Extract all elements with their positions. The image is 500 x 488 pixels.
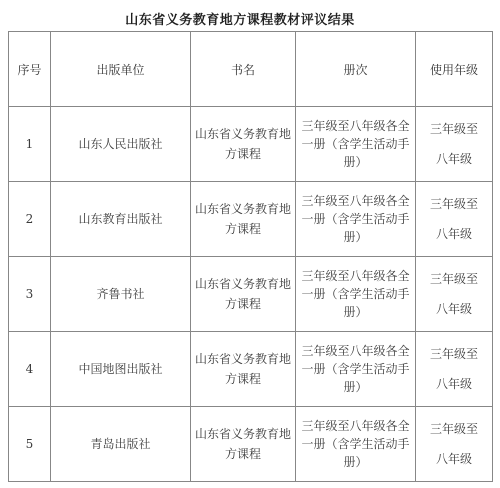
cell-serial: 1 (9, 107, 51, 182)
table-row: 1 山东人民出版社 山东省义务教育地 方课程 三年级至八年级各全 一册（含学生活… (9, 107, 493, 182)
cell-grade: 三年级至 八年级 (416, 332, 493, 407)
document-page: 山东省义务教育地方课程教材评议结果 序号 出版单位 书名 册次 使用年级 1 山… (0, 0, 500, 488)
column-header-book-title: 书名 (191, 32, 296, 107)
cell-book-title: 山东省义务教育地 方课程 (191, 257, 296, 332)
cell-grade: 三年级至 八年级 (416, 407, 493, 482)
cell-publisher: 山东教育出版社 (51, 182, 191, 257)
table-row: 2 山东教育出版社 山东省义务教育地 方课程 三年级至八年级各全 一册（含学生活… (9, 182, 493, 257)
header-row: 序号 出版单位 书名 册次 使用年级 (9, 32, 493, 107)
table-row: 3 齐鲁书社 山东省义务教育地 方课程 三年级至八年级各全 一册（含学生活动手 … (9, 257, 493, 332)
cell-publisher: 齐鲁书社 (51, 257, 191, 332)
cell-serial: 4 (9, 332, 51, 407)
table-row: 4 中国地图出版社 山东省义务教育地 方课程 三年级至八年级各全 一册（含学生活… (9, 332, 493, 407)
column-header-publisher: 出版单位 (51, 32, 191, 107)
cell-volume: 三年级至八年级各全 一册（含学生活动手 册） (296, 407, 416, 482)
cell-book-title: 山东省义务教育地 方课程 (191, 407, 296, 482)
cell-serial: 5 (9, 407, 51, 482)
cell-serial: 2 (9, 182, 51, 257)
cell-book-title: 山东省义务教育地 方课程 (191, 107, 296, 182)
cell-book-title: 山东省义务教育地 方课程 (191, 332, 296, 407)
evaluation-table: 序号 出版单位 书名 册次 使用年级 1 山东人民出版社 山东省义务教育地 方课… (8, 31, 493, 482)
cell-volume: 三年级至八年级各全 一册（含学生活动手 册） (296, 257, 416, 332)
cell-grade: 三年级至 八年级 (416, 182, 493, 257)
cell-publisher: 中国地图出版社 (51, 332, 191, 407)
cell-serial: 3 (9, 257, 51, 332)
cell-book-title: 山东省义务教育地 方课程 (191, 182, 296, 257)
column-header-serial: 序号 (9, 32, 51, 107)
cell-volume: 三年级至八年级各全 一册（含学生活动手 册） (296, 332, 416, 407)
cell-publisher: 山东人民出版社 (51, 107, 191, 182)
cell-volume: 三年级至八年级各全 一册（含学生活动手 册） (296, 107, 416, 182)
cell-publisher: 青岛出版社 (51, 407, 191, 482)
document-title: 山东省义务教育地方课程教材评议结果 (0, 9, 480, 28)
column-header-volume: 册次 (296, 32, 416, 107)
cell-grade: 三年级至 八年级 (416, 107, 493, 182)
cell-volume: 三年级至八年级各全 一册（含学生活动手 册） (296, 182, 416, 257)
cell-grade: 三年级至 八年级 (416, 257, 493, 332)
column-header-grade: 使用年级 (416, 32, 493, 107)
table-row: 5 青岛出版社 山东省义务教育地 方课程 三年级至八年级各全 一册（含学生活动手… (9, 407, 493, 482)
